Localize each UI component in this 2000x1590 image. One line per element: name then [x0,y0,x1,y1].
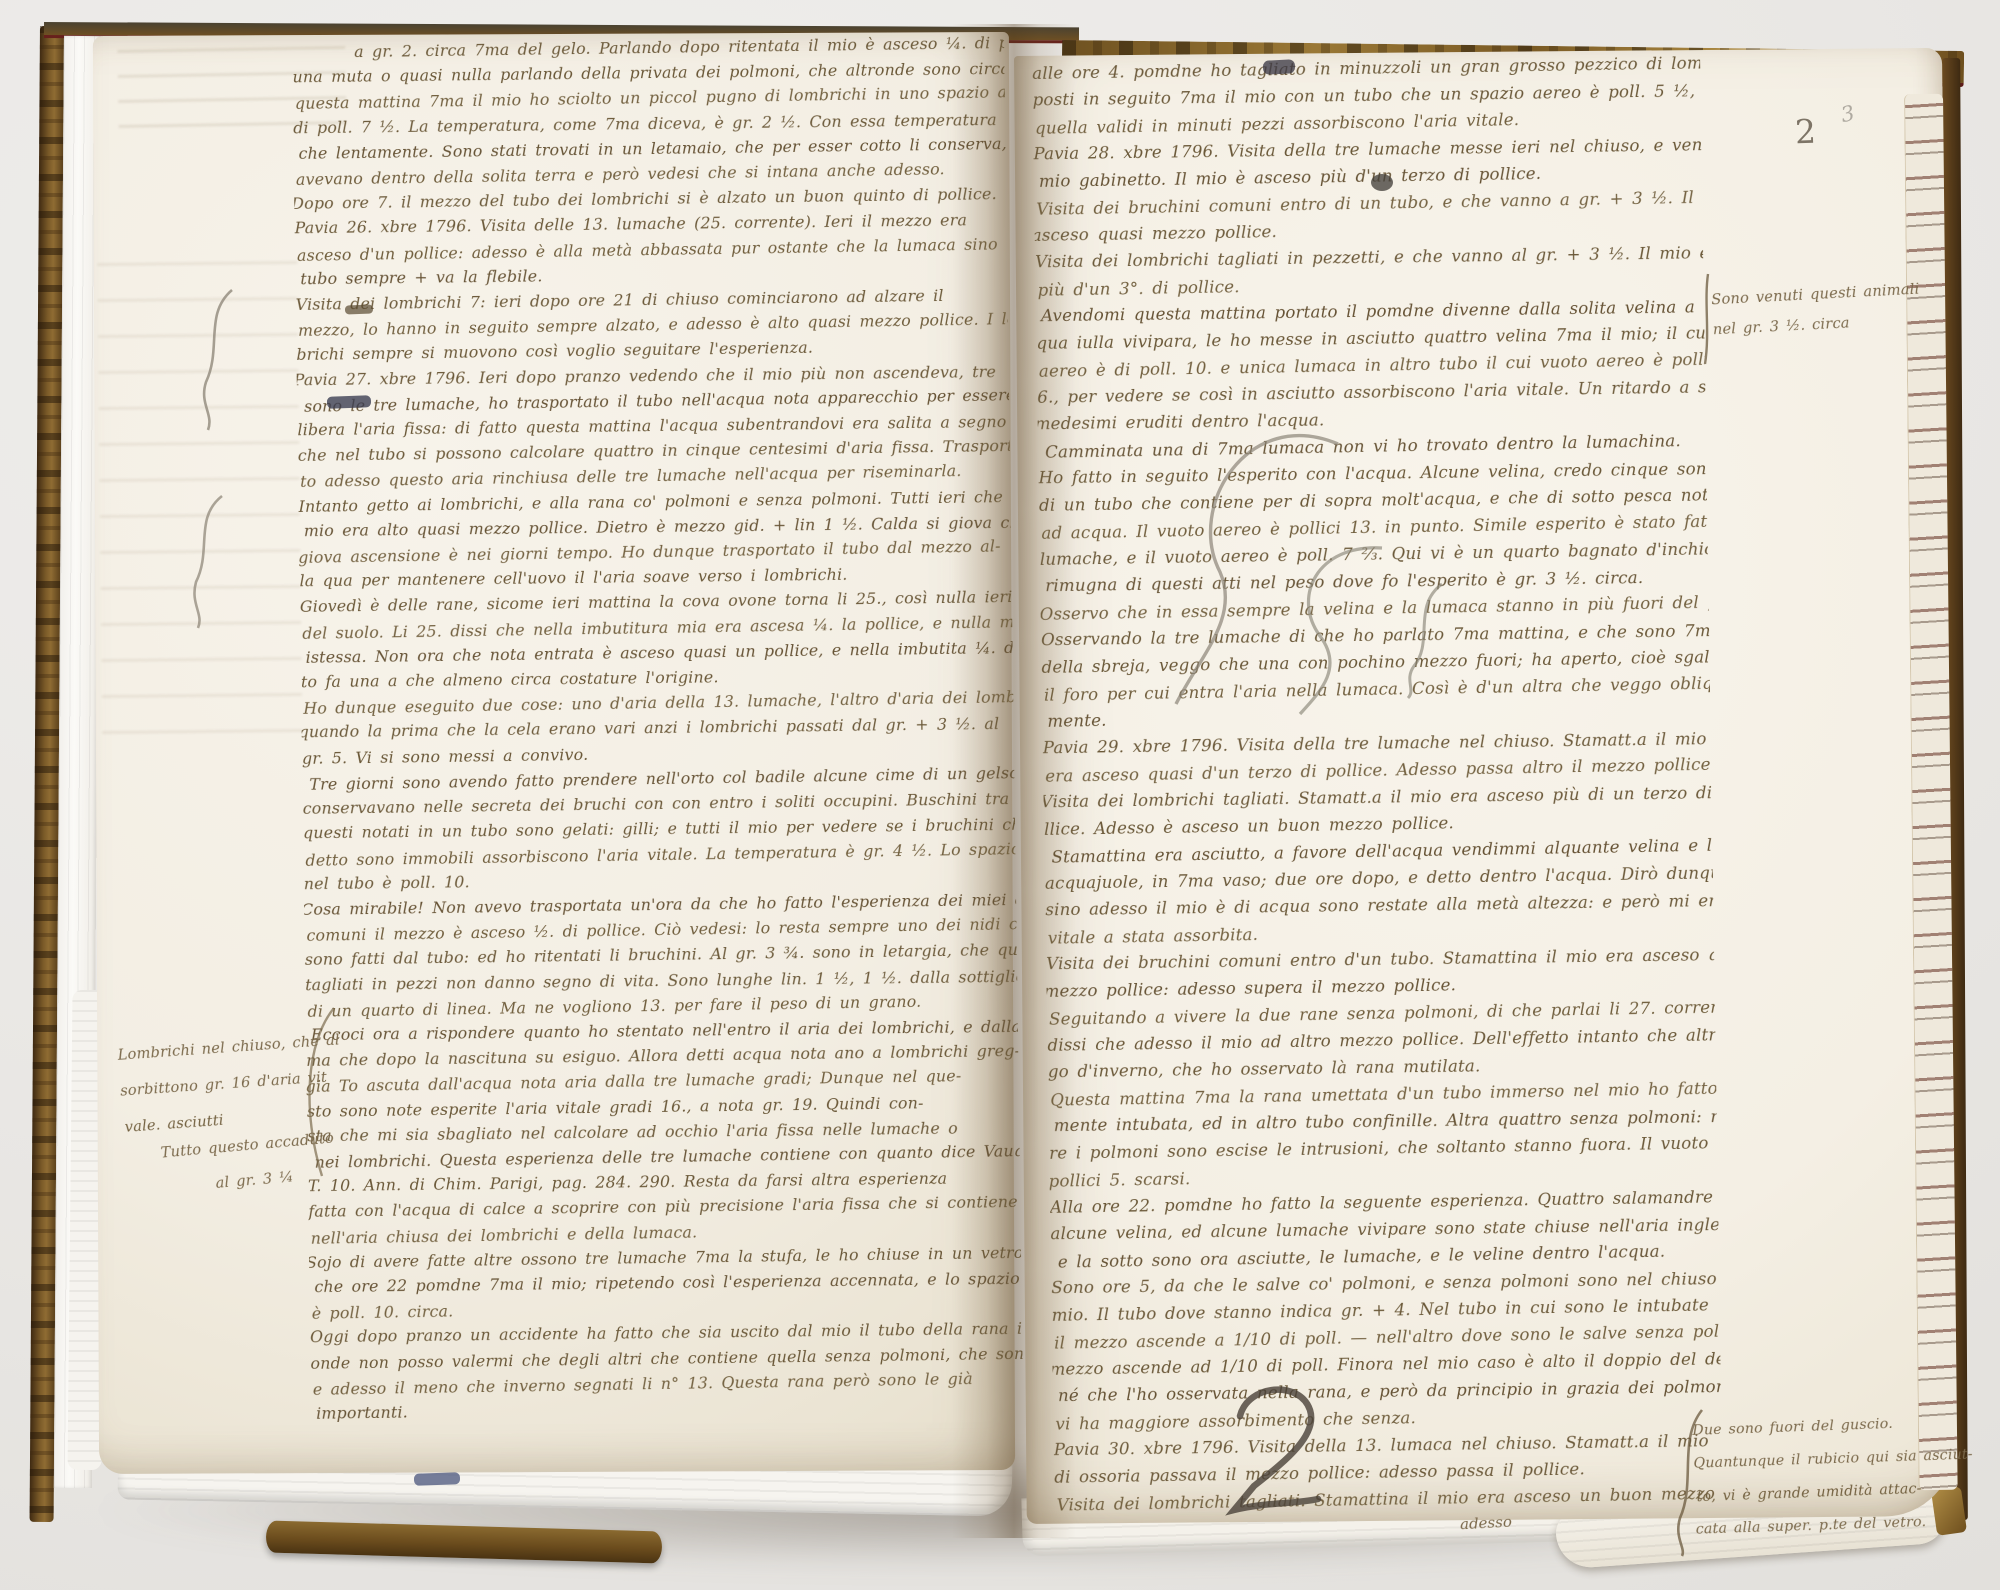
ink-strikethrough-blue [327,395,371,409]
ink-strikethrough [345,305,373,315]
right-page-handwriting: alle ore 4. pomdne ho tagliato in minuzz… [1032,50,1723,1522]
right-margin-note-guscio: Due sono fuori del guscio.Quantunque il … [1692,1405,1976,1547]
right-margin-note-animali: Sono venuti questi animalinel gr. 3 ½. c… [1711,275,1922,346]
ink-blot [1371,174,1393,191]
ink-strikethrough-blue [414,1472,460,1486]
folio-number: 2 [1794,112,1816,152]
left-page-handwriting: a gr. 2. circa 7ma del gelo. Parlando do… [292,30,1023,1434]
manuscript-photo: a gr. 2. circa 7ma del gelo. Parlando do… [0,0,2000,1590]
ink-blot [1263,59,1296,75]
caption-adesso: adesso [1460,1513,1513,1534]
left-margin-note-accaduto: Tutto questo accadutoal gr. 3 ¼ [159,1121,338,1206]
